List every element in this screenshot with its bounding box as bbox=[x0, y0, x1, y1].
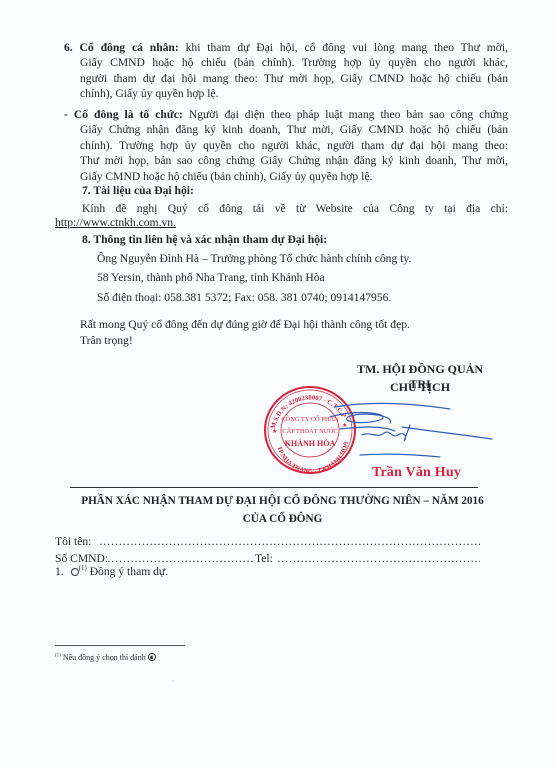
contact-person: Ông Nguyễn Đình Hà – Trưởng phòng Tổ chứ… bbox=[97, 251, 411, 266]
section-divider bbox=[70, 487, 478, 488]
attendance-option-1: 1. (1) Đồng ý tham dự. bbox=[55, 564, 168, 579]
filled-radio-icon bbox=[148, 653, 156, 661]
agree-attend-radio[interactable] bbox=[71, 568, 79, 576]
organization-heading: - Cổ đông là tổ chức: bbox=[64, 108, 183, 121]
tel-field[interactable]: ……………………………………………………………………………………… bbox=[277, 551, 480, 566]
scan-speck: · bbox=[172, 678, 174, 684]
organization-shareholders: - Cổ đông là tổ chức: Người đại diện the… bbox=[80, 107, 508, 184]
contact-phone: Số điện thoại: 058.381 5372; Fax: 058. 3… bbox=[97, 290, 391, 305]
confirmation-subtitle: CỦA CỔ ĐÔNG bbox=[55, 513, 510, 525]
tel-label: Tel: bbox=[255, 551, 273, 566]
regards-line: Trân trọng! bbox=[80, 333, 133, 348]
closing-line: Rất mong Quý cổ đông đến dự đúng giờ để … bbox=[80, 317, 410, 332]
website-link[interactable]: http://www.ctnkh.com.vn. bbox=[55, 215, 176, 230]
contact-address: 58 Yersin, thành phố Nha Trang, tỉnh Khá… bbox=[97, 270, 325, 285]
signatory-name: Trần Văn Huy bbox=[372, 465, 461, 481]
footnote-divider bbox=[55, 645, 185, 646]
handwritten-signature bbox=[300, 395, 500, 475]
name-field-row: Tôi tên: …………………………………………………………………………………… bbox=[55, 534, 480, 549]
name-field[interactable]: …………………………………………………………………………………………………………… bbox=[99, 534, 480, 549]
section-8-heading: 8. Thông tin liên hệ và xác nhận tham dự… bbox=[82, 232, 327, 247]
agree-attend-label: Đồng ý tham dự. bbox=[90, 565, 168, 578]
name-label: Tôi tên: bbox=[55, 535, 91, 548]
section-6-individual-shareholders: 6. Cổ đông cá nhân: khi tham dự Đại hội,… bbox=[80, 40, 508, 102]
signature-role: CHỦ TỊCH bbox=[345, 380, 495, 395]
document-page: 6. Cổ đông cá nhân: khi tham dự Đại hội,… bbox=[0, 0, 557, 768]
section-6-heading: 6. Cổ đông cá nhân: bbox=[64, 41, 179, 54]
confirmation-title: PHẦN XÁC NHẬN THAM DỰ ĐẠI HỘI CỔ ĐÔNG TH… bbox=[55, 495, 510, 507]
svg-text:★: ★ bbox=[272, 428, 277, 435]
footnote: (1) Nếu đồng ý chọn thì đánh bbox=[55, 653, 156, 662]
section-7-heading: 7. Tài liệu của Đại hội: bbox=[82, 183, 194, 198]
